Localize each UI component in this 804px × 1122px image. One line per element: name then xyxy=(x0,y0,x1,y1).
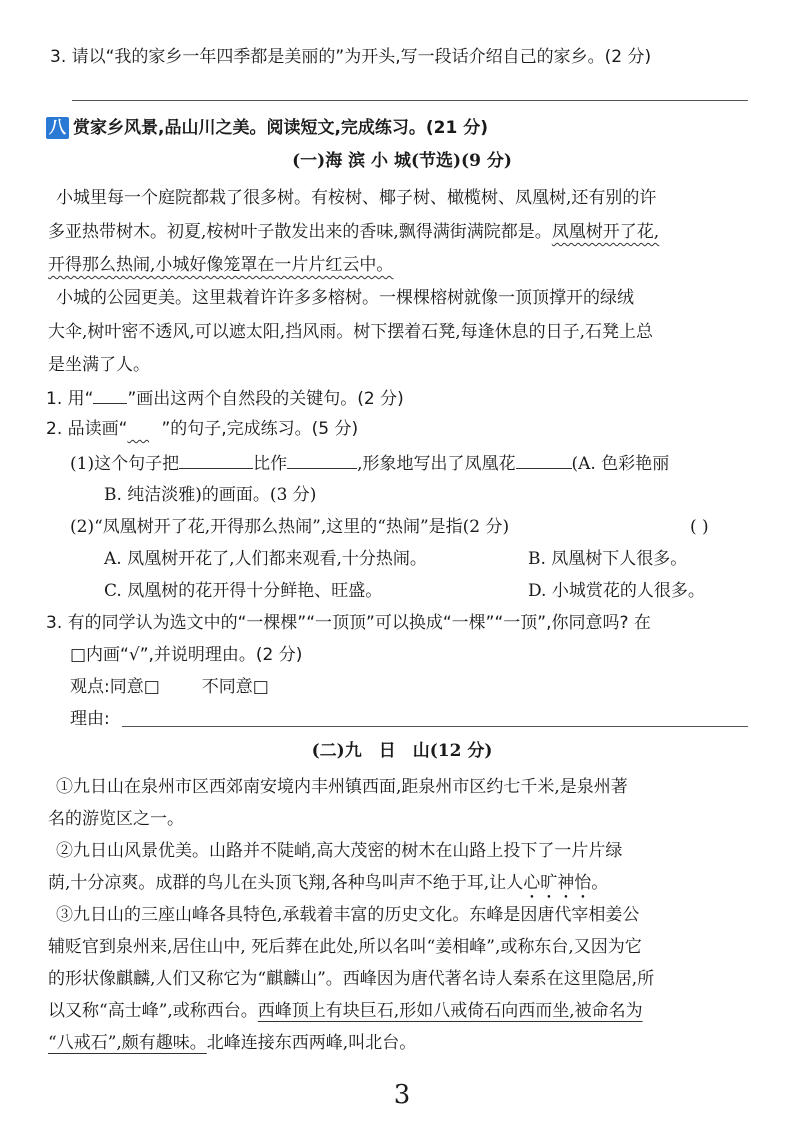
p1-para1-line2: 多亚热带树木。初夏,桉树叶子散发出来的香味,飘得满街满院都是。凤凰树开了花, xyxy=(48,221,659,243)
agree-checkbox[interactable]: 同意□ xyxy=(110,677,160,697)
q1-post: ”画出这两个自然段的关键句。(2 分) xyxy=(127,389,403,409)
p1-para2-line2: 大伞,树叶密不透风,可以遮太阳,挡风雨。树下摆着石凳,每逢休息的日子,石凳上总 xyxy=(48,321,653,343)
q2-pre: 2. 品读画“ xyxy=(46,419,127,439)
option-c[interactable]: C. 凤凰树的花开得十分鲜艳、旺盛。 xyxy=(104,580,382,602)
wavy-sentence-part2: 开得那么热闹,小城好像笼罩在一片片红云中。 xyxy=(48,255,393,275)
question-2: 2. 品读画“ ”的句子,完成练习。(5 分) xyxy=(46,418,358,440)
underlined-sentence-part1: 西峰顶上有块巨石,形如八戒倚石向西而坐,被命名为 xyxy=(258,1001,643,1021)
blank-1[interactable] xyxy=(179,452,253,469)
p2-para3-line4-pre: 以又称“高士峰”,或称西台。 xyxy=(48,1001,258,1021)
underlined-sentence-part2: “八戒石”,颇有趣味。 xyxy=(48,1033,207,1053)
p2-para3-line2: 辅贬官到泉州来,居住山中, 死后葬在此处,所以名叫“姜相峰”,或称东台,又因为它 xyxy=(48,936,642,958)
wavy-line-sample xyxy=(127,418,161,440)
prev-question-3: 3. 请以“我的家乡一年四季都是美丽的”为开头,写一段话介绍自己的家乡。(2 分… xyxy=(50,46,651,68)
q1-pre: 1. 用“ xyxy=(46,389,93,409)
q2-1-a: (1)这个句子把 xyxy=(70,454,179,474)
page-number: 3 xyxy=(0,1080,804,1110)
q2-1-d: (A. 色彩艳丽 xyxy=(572,454,670,474)
p2-para3-line3: 的形状像麒麟,人们又称它为“麒麟山”。西峰因为唐代著名诗人秦系在这里隐居,所 xyxy=(48,968,654,990)
p2-para2-line2: 荫,十分凉爽。成群的鸟儿在头顶飞翔,各种鸟叫声不绝于耳,让人心旷神怡。 xyxy=(48,872,608,903)
p2-para3-line4: 以又称“高士峰”,或称西台。西峰顶上有块巨石,形如八戒倚石向西而坐,被命名为 xyxy=(48,1000,643,1022)
question-2-1-cont: B. 纯洁淡雅)的画面。(3 分) xyxy=(104,484,316,506)
opinion-label: 观点: xyxy=(70,677,110,697)
question-2-2: (2)“凤凰树开了花,开得那么热闹”,这里的“热闹”是指(2 分) xyxy=(70,516,509,538)
question-3-line1: 3. 有的同学认为选文中的“一棵棵”“一顶顶”可以换成“一棵”“一顶”,你同意吗… xyxy=(46,612,651,634)
wavy-sentence-part1: 凤凰树开了花, xyxy=(552,222,659,242)
p2-para1-line2: 名的游览区之一。 xyxy=(48,808,184,830)
option-b[interactable]: B. 凤凰树下人很多。 xyxy=(528,548,687,570)
reason-label: 理由: xyxy=(70,708,110,730)
section-title: 赏家乡风景,品山川之美。阅读短文,完成练习。(21 分) xyxy=(73,118,488,138)
blank-3[interactable] xyxy=(516,452,572,469)
emphasized-word: 心旷神怡 xyxy=(523,873,591,893)
disagree-checkbox[interactable]: 不同意□ xyxy=(202,677,269,697)
part1-heading: (一)海 滨 小 城(节选)(9 分) xyxy=(0,150,804,172)
section-badge: 八 xyxy=(46,117,69,139)
section-header: 八赏家乡风景,品山川之美。阅读短文,完成练习。(21 分) xyxy=(46,117,488,139)
p1-para1-line2-text: 多亚热带树木。初夏,桉树叶子散发出来的香味,飘得满街满院都是。 xyxy=(48,222,552,242)
question-3-line2: □内画“√”,并说明理由。(2 分) xyxy=(70,644,302,666)
question-2-1: (1)这个句子把比作,形象地写出了凤凰花(A. 色彩艳丽 xyxy=(70,452,669,475)
p1-para2-line1: 小城的公园更美。这里栽着许许多多榕树。一棵棵榕树就像一顶顶撑开的绿绒 xyxy=(56,287,634,309)
answer-paren[interactable]: ( ) xyxy=(690,516,709,538)
answer-line[interactable] xyxy=(72,100,748,101)
p1-para2-line3: 是坐满了人。 xyxy=(48,354,150,376)
q2-1-b: 比作 xyxy=(253,454,287,474)
opinion-row: 观点:同意□不同意□ xyxy=(70,676,269,698)
option-d[interactable]: D. 小城赏花的人很多。 xyxy=(528,580,705,602)
p2-para1-line1: ①九日山在泉州市区西郊南安境内丰州镇西面,距泉州市区约七千米,是泉州著 xyxy=(56,776,628,798)
blank-2[interactable] xyxy=(287,452,357,469)
p2-para3-line5-post: 北峰连接东西两峰,叫北台。 xyxy=(207,1033,416,1053)
p1-para1-line3: 开得那么热闹,小城好像笼罩在一片片红云中。 xyxy=(48,254,393,276)
p1-para1-line1: 小城里每一个庭院都栽了很多树。有桉树、椰子树、橄榄树、凤凰树,还有别的许 xyxy=(56,187,656,209)
q2-post: ”的句子,完成练习。(5 分) xyxy=(161,419,358,439)
q2-1-c: ,形象地写出了凤凰花 xyxy=(357,454,515,474)
p2-para2-line2-pre: 荫,十分凉爽。成群的鸟儿在头顶飞翔,各种鸟叫声不绝于耳,让人 xyxy=(48,873,523,893)
p2-para2-line1: ②九日山风景优美。山路并不陡峭,高大茂密的树木在山路上投下了一片片绿 xyxy=(56,840,622,862)
straight-line-sample xyxy=(93,387,127,404)
p2-para3-line1: ③九日山的三座山峰各具特色,承载着丰富的历史文化。东峰是因唐代宰相姜公 xyxy=(56,904,639,926)
p2-para2-line2-post: 。 xyxy=(591,873,608,893)
question-1: 1. 用“”画出这两个自然段的关键句。(2 分) xyxy=(46,387,404,410)
option-a[interactable]: A. 凤凰树开花了,人们都来观看,十分热闹。 xyxy=(104,548,427,570)
reason-answer-line[interactable] xyxy=(122,726,748,727)
p2-para3-line5: “八戒石”,颇有趣味。北峰连接东西两峰,叫北台。 xyxy=(48,1032,416,1054)
part2-heading: (二)九 日 山(12 分) xyxy=(0,740,804,762)
